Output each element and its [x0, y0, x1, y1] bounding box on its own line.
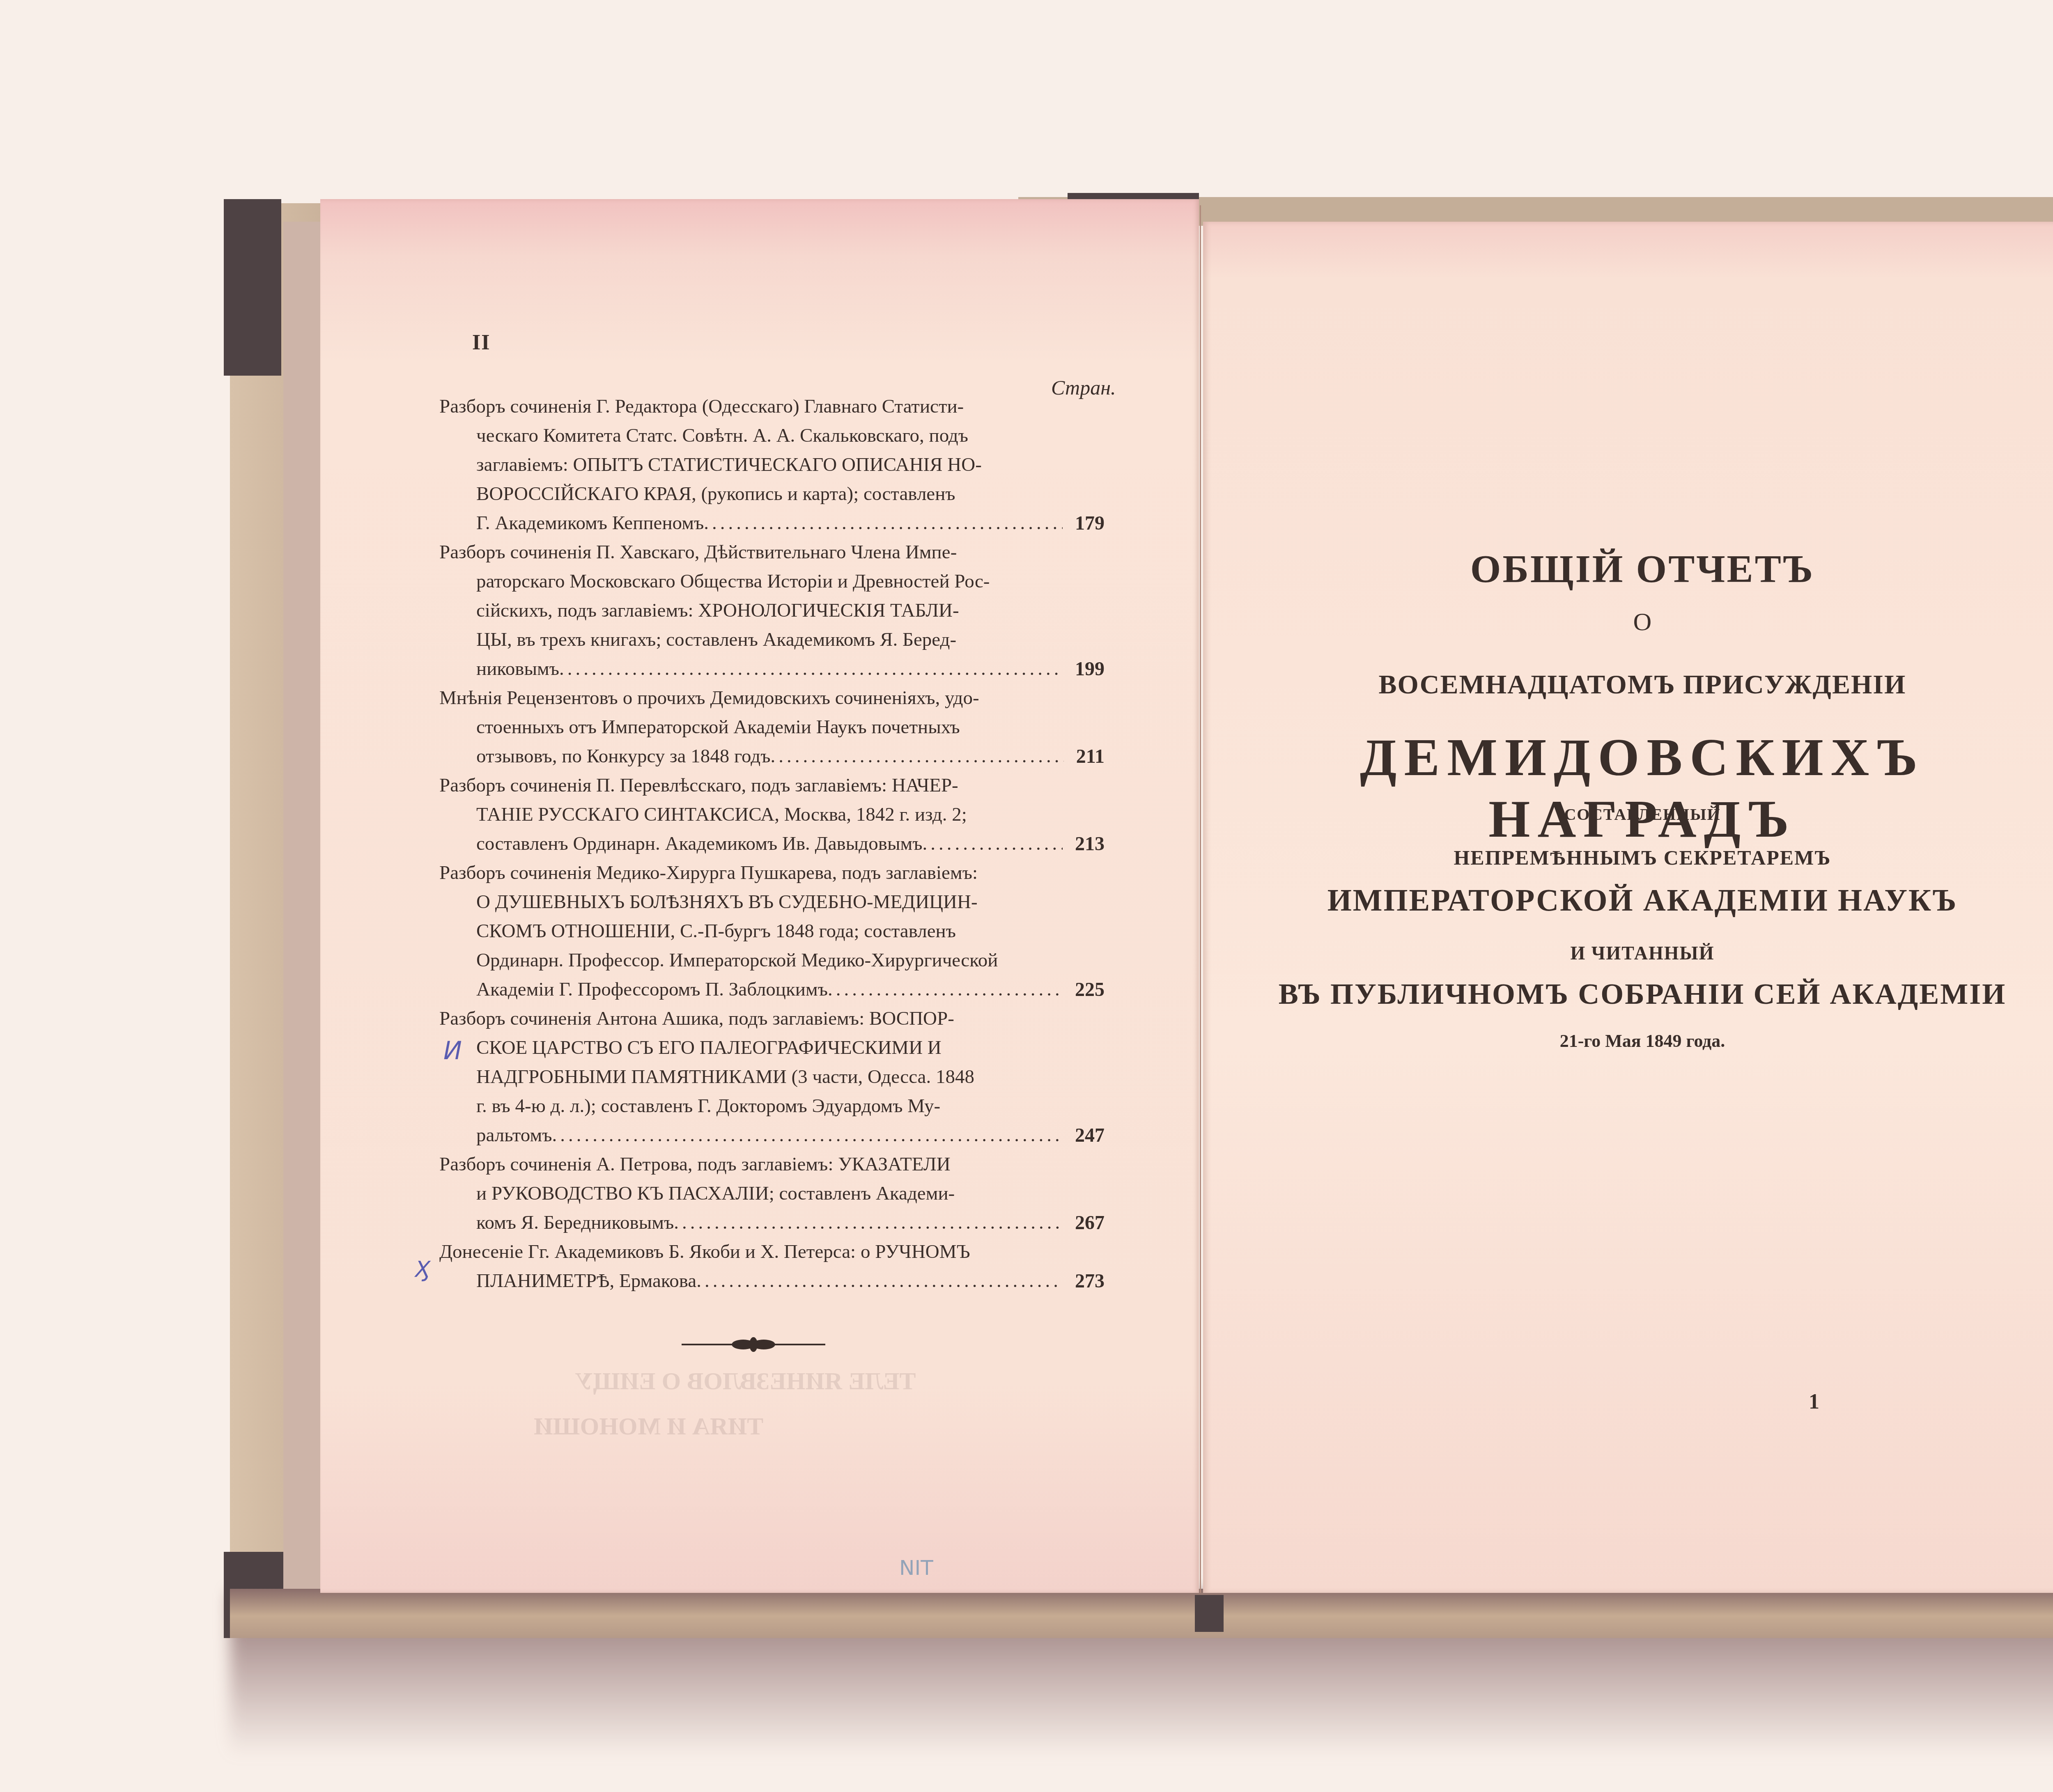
table-of-contents: Разборъ сочиненія Г. Редактора (Одесскаг…	[439, 392, 1105, 1296]
page-number: 1	[1809, 1390, 1819, 1414]
toc-line-text: СКОЕ ЦАРСТВО СЪ ЕГО ПАЛЕОГРАФИЧЕСКИМИ И	[476, 1037, 942, 1058]
toc-line: заглавіемъ: ОПЫТЪ СТАТИСТИЧЕСКАГО ОПИСАН…	[439, 450, 1105, 480]
bleed-through-text: ТИЯА И МОНОШИ	[534, 1412, 763, 1441]
toc-line: никовымъ ...............................…	[439, 654, 1105, 684]
toc-line: СКОЕ ЦАРСТВО СЪ ЕГО ПАЛЕОГРАФИЧЕСКИМИ И	[439, 1033, 1105, 1062]
stamp-mark: NIT	[899, 1556, 933, 1580]
toc-line-text: Мнѣнія Рецензентовъ о прочихъ Демидовски…	[439, 687, 979, 709]
toc-entry: Мнѣнія Рецензентовъ о прочихъ Демидовски…	[439, 684, 1105, 771]
toc-line-text: СКОМЪ ОТНОШЕНІИ, С.-П-бургъ 1848 года; с…	[476, 920, 956, 942]
dot-leader: ........................................…	[770, 742, 1063, 771]
toc-line: Разборъ сочиненія Медико-Хирурга Пушкаре…	[439, 858, 1105, 888]
toc-line: сійскихъ, подъ заглавіемъ: ХРОНОЛОГИЧЕСК…	[439, 596, 1105, 625]
dot-leader: ........................................…	[828, 975, 1063, 1004]
toc-line-text: ральтомъ	[476, 1121, 552, 1150]
title-main: ОБЩІЙ ОТЧЕТЪ	[1203, 546, 2053, 592]
toc-line: Разборъ сочиненія Антона Ашика, подъ заг…	[439, 1004, 1105, 1033]
toc-line: комъ Я. Бередниковымъ ..................…	[439, 1208, 1105, 1237]
toc-line: ВОРОССІЙСКАГО КРАЯ, (рукопись и карта); …	[439, 480, 1105, 509]
toc-line: г. въ 4-ю д. л.); составленъ Г. Доктором…	[439, 1092, 1105, 1121]
toc-line-text: Разборъ сочиненія П. Перевлѣсскаго, подъ…	[439, 775, 958, 796]
toc-line: НАДГРОБНЫМИ ПАМЯТНИКАМИ (3 части, Одесса…	[439, 1062, 1105, 1092]
toc-line-text: Академіи Г. Профессоромъ П. Заблоцкимъ	[476, 975, 828, 1004]
toc-line-text: составленъ Ординарн. Академикомъ Ив. Дав…	[476, 829, 923, 858]
title-line: СОСТАВЛЕННЫЙ	[1203, 805, 2053, 824]
toc-line-text: Г. Академикомъ Кеппеномъ	[476, 509, 704, 538]
toc-line: Г. Академикомъ Кеппеномъ ...............…	[439, 509, 1105, 538]
toc-line: Разборъ сочиненія П. Хавскаго, Дѣйствите…	[439, 538, 1105, 567]
toc-line-text: ЦЫ, въ трехъ книгахъ; составленъ Академи…	[476, 629, 956, 650]
toc-entry: Разборъ сочиненія Г. Редактора (Одесскаг…	[439, 392, 1105, 538]
toc-page-number: 179	[1063, 509, 1105, 538]
title-awards: ДЕМИДОВСКИХЪ НАГРАДЪ	[1203, 727, 2053, 850]
corner-cloth-top-left	[224, 199, 281, 376]
toc-line-text: отзывовъ, по Конкурсу за 1848 годъ	[476, 742, 770, 771]
toc-line: отзывовъ, по Конкурсу за 1848 годъ .....…	[439, 742, 1105, 771]
toc-line-text: Разборъ сочиненія А. Петрова, подъ загла…	[439, 1154, 951, 1175]
toc-line-text: комъ Я. Бередниковымъ	[476, 1208, 674, 1237]
toc-entry: Разборъ сочиненія П. Перевлѣсскаго, подъ…	[439, 771, 1105, 858]
toc-line: ческаго Комитета Статс. Совѣтн. А. А. Ск…	[439, 421, 1105, 450]
toc-line: О ДУШЕВНЫХЪ БОЛѢЗНЯХЪ ВЪ СУДЕБНО-МЕДИЦИН…	[439, 888, 1105, 917]
bleed-through-text: ТЕЛЕ ЯИНЕЗВЛОВ О ЕИЩУ	[575, 1367, 916, 1395]
title-date: 21-го Мая 1849 года.	[1203, 1030, 2053, 1051]
ornament-divider-icon	[682, 1336, 825, 1353]
dot-leader: ........................................…	[696, 1267, 1063, 1296]
toc-line: составленъ Ординарн. Академикомъ Ив. Дав…	[439, 829, 1105, 858]
running-head: II	[472, 330, 490, 355]
toc-line-text: и РУКОВОДСТВО КЪ ПАСХАЛІИ; составленъ Ак…	[476, 1183, 955, 1204]
spine-cloth-bottom	[1195, 1595, 1224, 1632]
cover-bottom-edge	[230, 1589, 2053, 1638]
toc-page-number: 225	[1063, 975, 1105, 1004]
dot-leader: ........................................…	[674, 1208, 1063, 1237]
toc-line: раторскаго Московскаго Общества Исторіи …	[439, 567, 1105, 596]
toc-line-text: раторскаго Московскаго Общества Исторіи …	[476, 571, 990, 592]
toc-line: Мнѣнія Рецензентовъ о прочихъ Демидовски…	[439, 684, 1105, 713]
toc-line: Донесеніе Гг. Академиковъ Б. Якоби и Х. …	[439, 1237, 1105, 1267]
toc-line-text: сійскихъ, подъ заглавіемъ: ХРОНОЛОГИЧЕСК…	[476, 600, 959, 621]
toc-line: ральтомъ ...............................…	[439, 1121, 1105, 1150]
pencil-mark: Ӽ	[415, 1256, 430, 1282]
toc-line: Разборъ сочиненія А. Петрова, подъ загла…	[439, 1150, 1105, 1179]
toc-line-text: Донесеніе Гг. Академиковъ Б. Якоби и Х. …	[439, 1241, 970, 1262]
toc-line: стоенныхъ отъ Императорской Академіи Нау…	[439, 713, 1105, 742]
toc-entry: Разборъ сочиненія Медико-Хирурга Пушкаре…	[439, 858, 1105, 1004]
toc-page-number: 267	[1063, 1208, 1105, 1237]
toc-line-text: Разборъ сочиненія П. Хавскаго, Дѣйствите…	[439, 542, 957, 563]
toc-line: Ординарн. Профессор. Императорской Медик…	[439, 946, 1105, 975]
title-line: НЕПРЕМѢННЫМЪ СЕКРЕТАРЕМЪ	[1203, 846, 2053, 870]
gutter	[1200, 205, 1201, 1593]
title-line: ВОСЕМНАДЦАТОМЪ ПРИСУЖДЕНІИ	[1203, 669, 2053, 700]
toc-line-text: г. въ 4-ю д. л.); составленъ Г. Доктором…	[476, 1095, 940, 1117]
toc-line-text: ВОРОССІЙСКАГО КРАЯ, (рукопись и карта); …	[476, 483, 955, 505]
dot-leader: ........................................…	[559, 654, 1063, 684]
toc-line-text: ческаго Комитета Статс. Совѣтн. А. А. Ск…	[476, 425, 968, 446]
toc-page-number: 273	[1063, 1267, 1105, 1296]
title-preposition: О	[1203, 608, 2053, 637]
toc-page-number: 213	[1063, 829, 1105, 858]
toc-page-number: 199	[1063, 654, 1105, 684]
toc-line-text: ТАНІЕ РУССКАГО СИНТАКСИСА, Москва, 1842 …	[476, 804, 967, 825]
toc-entry: Разборъ сочиненія Антона Ашика, подъ заг…	[439, 1004, 1105, 1150]
toc-line: ПЛАНИМЕТРѢ, Ермакова ...................…	[439, 1267, 1105, 1296]
toc-line-text: Разборъ сочиненія Г. Редактора (Одесскаг…	[439, 396, 964, 417]
toc-line: ЦЫ, въ трехъ книгахъ; составленъ Академи…	[439, 625, 1105, 654]
toc-line: СКОМЪ ОТНОШЕНІИ, С.-П-бургъ 1848 года; с…	[439, 917, 1105, 946]
dot-leader: ........................................…	[704, 509, 1063, 538]
toc-line-text: никовымъ	[476, 654, 559, 684]
toc-line-text: Разборъ сочиненія Медико-Хирурга Пушкаре…	[439, 862, 978, 883]
toc-line-text: стоенныхъ отъ Императорской Академіи Нау…	[476, 716, 960, 738]
toc-line: Академіи Г. Профессоромъ П. Заблоцкимъ .…	[439, 975, 1105, 1004]
dot-leader: ........................................…	[552, 1121, 1063, 1150]
toc-page-number: 247	[1063, 1121, 1105, 1150]
dot-leader: ........................................…	[923, 829, 1063, 858]
title-academy: ИМПЕРАТОРСКОЙ АКАДЕМІИ НАУКЪ	[1203, 883, 2053, 918]
toc-line-text: ПЛАНИМЕТРѢ, Ермакова	[476, 1267, 696, 1296]
toc-page-number: 211	[1064, 742, 1105, 771]
toc-line-text: Разборъ сочиненія Антона Ашика, подъ заг…	[439, 1008, 954, 1029]
toc-line-text: Ординарн. Профессор. Императорской Медик…	[476, 950, 998, 971]
pencil-mark: И	[443, 1037, 462, 1065]
toc-line-text: О ДУШЕВНЫХЪ БОЛѢЗНЯХЪ ВЪ СУДЕБНО-МЕДИЦИН…	[476, 891, 978, 913]
title-line: ВЪ ПУБЛИЧНОМЪ СОБРАНІИ СЕЙ АКАДЕМІИ	[1203, 977, 2053, 1011]
toc-entry: Донесеніе Гг. Академиковъ Б. Якоби и Х. …	[439, 1237, 1105, 1296]
toc-line: Разборъ сочиненія П. Перевлѣсскаго, подъ…	[439, 771, 1105, 800]
toc-line: и РУКОВОДСТВО КЪ ПАСХАЛІИ; составленъ Ак…	[439, 1179, 1105, 1208]
toc-entry: Разборъ сочиненія А. Петрова, подъ загла…	[439, 1150, 1105, 1237]
toc-line-text: заглавіемъ: ОПЫТЪ СТАТИСТИЧЕСКАГО ОПИСАН…	[476, 454, 982, 475]
toc-line: ТАНІЕ РУССКАГО СИНТАКСИСА, Москва, 1842 …	[439, 800, 1105, 829]
toc-line: Разборъ сочиненія Г. Редактора (Одесскаг…	[439, 392, 1105, 421]
toc-entry: Разборъ сочиненія П. Хавскаго, Дѣйствите…	[439, 538, 1105, 684]
toc-line-text: НАДГРОБНЫМИ ПАМЯТНИКАМИ (3 части, Одесса…	[476, 1066, 974, 1088]
title-line: И ЧИТАННЫЙ	[1203, 942, 2053, 964]
